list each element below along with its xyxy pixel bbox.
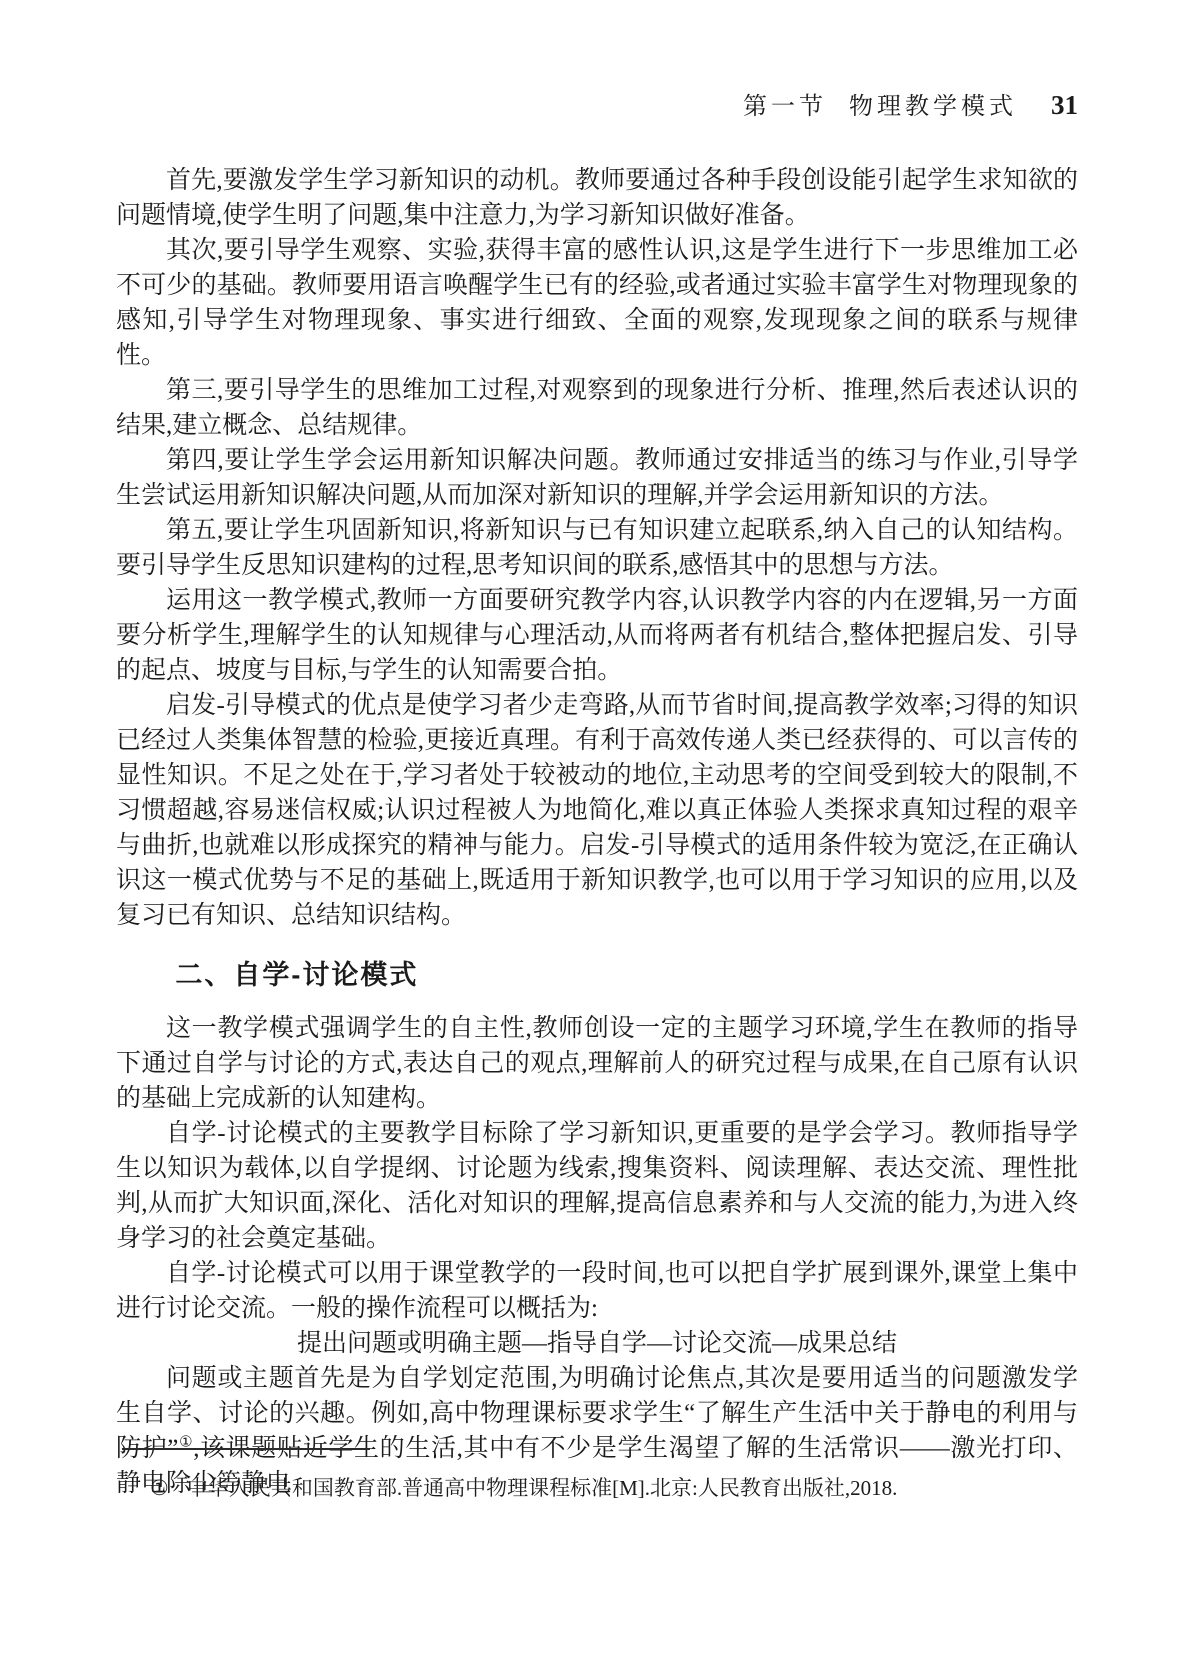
- header-section-label: 第一节: [743, 86, 827, 121]
- footnote-divider: [122, 1448, 370, 1450]
- procedure-flow-line: 提出问题或明确主题—指导自学—讨论交流—成果总结: [116, 1326, 1078, 1361]
- paragraph-diwu: 第五,要让学生巩固新知识,将新知识与已有知识建立起联系,纳入自己的认知结构。要引…: [116, 513, 1078, 583]
- paragraph-zheyimoshi: 这一教学模式强调学生的自主性,教师创设一定的主题学习环境,学生在教师的指导下通过…: [116, 1011, 1078, 1116]
- paragraph-qici: 其次,要引导学生观察、实验,获得丰富的感性认识,这是学生进行下一步思维加工必不可…: [116, 233, 1078, 373]
- footnote-text: 中华人民共和国教育部.普通高中物理课程标准[M].北京:人民教育出版社,2018…: [187, 1476, 898, 1500]
- paragraph-qifa-youdian: 启发-引导模式的优点是使学习者少走弯路,从而节省时间,提高教学效率;习得的知识已…: [116, 688, 1078, 933]
- book-page: 第一节 物理教学模式 31 首先,要激发学生学习新知识的动机。教师要通过各种手段…: [0, 0, 1203, 1675]
- section-heading: 二、自学-讨论模式: [116, 955, 1078, 995]
- paragraph-zixue-mubiao: 自学-讨论模式的主要教学目标除了学习新知识,更重要的是学会学习。教师指导学生以知…: [116, 1116, 1078, 1256]
- page-body: 首先,要激发学生学习新知识的动机。教师要通过各种手段创设能引起学生求知欲的问题情…: [116, 163, 1078, 1501]
- footnote-area: ①中华人民共和国教育部.普通高中物理课程标准[M].北京:人民教育出版社,201…: [116, 1448, 1078, 1503]
- page-number: 31: [1051, 90, 1078, 121]
- paragraph-shouxian: 首先,要激发学生学习新知识的动机。教师要通过各种手段创设能引起学生求知欲的问题情…: [116, 163, 1078, 233]
- paragraph-yunyong: 运用这一教学模式,教师一方面要研究教学内容,认识教学内容的内在逻辑,另一方面要分…: [116, 583, 1078, 688]
- running-header: 第一节 物理教学模式 31: [116, 86, 1078, 121]
- paragraph-disan: 第三,要引导学生的思维加工过程,对观察到的现象进行分析、推理,然后表述认识的结果…: [116, 373, 1078, 443]
- paragraph-disi: 第四,要让学生学会运用新知识解决问题。教师通过安排适当的练习与作业,引导学生尝试…: [116, 443, 1078, 513]
- footnote: ①中华人民共和国教育部.普通高中物理课程标准[M].北京:人民教育出版社,201…: [116, 1474, 1078, 1503]
- paragraph-zixue-ketang: 自学-讨论模式可以用于课堂教学的一段时间,也可以把自学扩展到课外,课堂上集中进行…: [116, 1256, 1078, 1326]
- footnote-marker: ①: [150, 1476, 169, 1500]
- header-section-title: 物理教学模式: [849, 86, 1017, 121]
